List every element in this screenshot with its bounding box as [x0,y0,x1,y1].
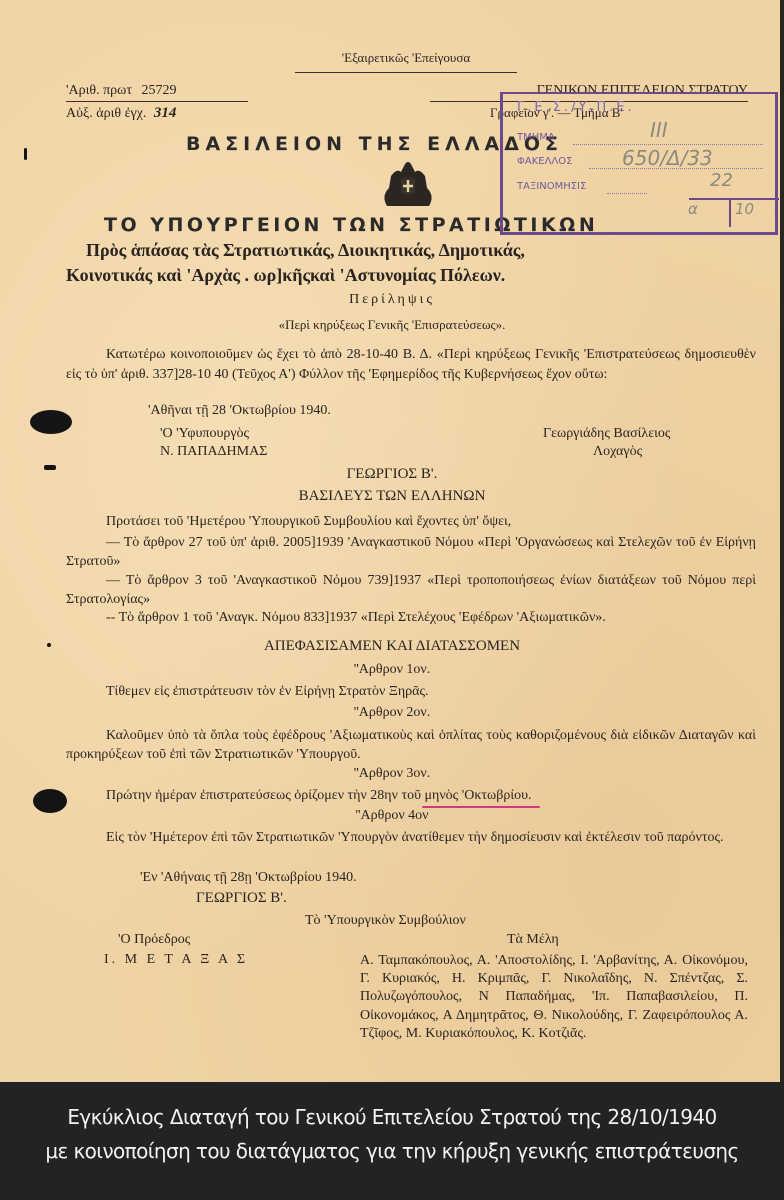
consideration-2: — Τὸ ἄρθρον 3 τοῦ 'Αναγκαστικοῦ Νόμου 73… [66,572,756,609]
protocol-number-line: 'Αριθ. πρωτ 25729 [66,83,248,102]
closing-date: 'Εν 'Αθήναις τῇ 28ῃ 'Οκτωβρίου 1940. [140,870,357,886]
document-page: 'Εξαιρετικῶς 'Επείγουσα 'Αριθ. πρωτ 2572… [0,0,784,1082]
signatory-right-rank: Λοχαγὸς [593,444,642,460]
protocol-number-label: 'Αριθ. πρωτ [66,83,132,98]
summary-text: «Περὶ κηρύξεως Γενικῆς 'Επισρατεύσεως». [0,317,784,333]
pencil-folder-value: 650/Δ/33 [622,146,713,170]
article-4-text: Εἰς τὸν 'Ημέτερον ἐπὶ τῶν Στρατιωτικῶν '… [66,828,756,847]
closing-king: ΓΕΩΡΓΙΟΣ Β'. [196,890,287,907]
signatory-left-name: Ν. ΠΑΠΑΔΗΜΑΣ [160,444,267,460]
decree-preamble: Προτάσει τοῦ 'Ημετέρου 'Υπουργικοῦ Συμβο… [106,514,511,530]
stamp-section-line [573,144,763,145]
article-4-title: ''Αρθρον 4ον [0,808,784,824]
pencil-section-value: III [650,118,668,142]
caption-line-1: Εγκύκλιος Διαταγή του Γενικού Επιτελείου… [0,1100,784,1134]
image-caption: Εγκύκλιος Διαταγή του Γενικού Επιτελείου… [0,1100,784,1168]
signatory-right-name: Γεωργιάδης Βασίλειος [543,426,670,442]
stamp-classification-label: ΤΑΞΙΝΟΜΗΣΙΣ [517,181,586,192]
pencil-sub-right: 10 [735,200,754,218]
president-name: Ι. Μ Ε Τ Α Ξ Α Σ [104,952,248,968]
ink-speck [24,148,27,160]
stamp-divider [689,198,779,200]
decree-king: ΓΕΩΡΓΙΟΣ Β'. [0,466,784,483]
attachment-number-line: Αὐξ. ἀριθ ἐγχ. 314 [66,105,176,122]
decree-king-title: ΒΑΣΙΛΕΥΣ ΤΩΝ ΕΛΛΗΝΩΝ [0,488,784,505]
stamp-split [729,199,731,227]
punch-hole-mark [33,789,67,813]
article-2-title: ''Αρθρον 2ον. [0,705,784,721]
president-label: 'Ο Πρόεδρος [118,932,190,948]
stamp-classification-line [607,193,647,194]
recipients-line-1: Πρὸς ἁπάσας τὰς Στρατιωτικάς, Διοικητικά… [86,240,525,261]
summary-label: Περίληψις [0,292,784,308]
article-3-title: ''Αρθρον 3ον. [0,766,784,782]
protocol-number: 25729 [142,83,177,98]
members-list: Α. Ταμπακόπουλος, Α. 'Αποστολίδης, Ι. 'Α… [360,952,748,1043]
intro-paragraph: Κατωτέρω κοινοποιοῦμεν ὡς ἔχει τὸ ἀπὸ 28… [66,345,756,385]
article-1-text: Τίθεμεν εἰς ἐπιστράτευσιν τὸν ἐν Εἰρήνῃ … [106,684,429,700]
punch-hole-mark [30,410,72,434]
consideration-3: -- Τὸ ἄρθρον 1 τοῦ 'Αναγκ. Νόμου 833]193… [66,609,756,628]
coat-of-arms-icon [377,158,439,208]
members-label: Τὰ Μέλη [507,932,559,948]
date-line: 'Αθῆναι τῇ 28 'Οκτωβρίου 1940. [148,403,331,419]
pencil-sub-left: α [688,200,698,218]
stamp-header: Γ.Ε.Σ./Υ.Π.Ε. [517,100,635,115]
recipients-line-2: Κοινοτικάς καὶ 'Αρχὰς . ωρ]κῆςκαὶ 'Αστυν… [66,265,505,286]
consideration-1: — Τὸ ἄρθρον 27 τοῦ ὑπ' ἀριθ. 2005]1939 '… [66,534,756,571]
stamp-folder-label: ΦΑΚΕΛΛΟΣ [517,156,572,167]
ink-speck [44,465,56,470]
article-1-title: ''Αρθρον 1ον. [0,662,784,678]
decision-heading: ΑΠΕΦΑΣΙΣΑΜΕΝ ΚΑΙ ΔΙΑΤΑΣΣΟΜΕΝ [0,638,784,655]
ink-speck [47,643,51,647]
signatory-left-title: 'Ο 'Υφυπουργὸς [160,426,249,442]
attachment-label: Αὐξ. ἀριθ ἐγχ. [66,106,146,121]
article-2-text: Καλοῦμεν ὑπὸ τὰ ὅπλα τοὺς ἐφέδρους 'Αξιω… [66,726,756,764]
council-label: Τὸ 'Υπουργικὸν Συμβούλιον [305,913,466,929]
pencil-classification-value: 22 [710,170,733,191]
caption-line-2: με κοινοποίηση του διατάγματος για την κ… [0,1134,784,1168]
urgency-label: 'Εξαιρετικῶς 'Επείγουσα [295,50,517,73]
article-3-text: Πρώτην ἡμέραν ἐπιστρατεύσεως ὁρίζομεν τὴ… [106,788,532,804]
attachment-number: 314 [154,105,177,121]
stamp-section-label: ΤΜΗΜΑ [517,132,555,143]
